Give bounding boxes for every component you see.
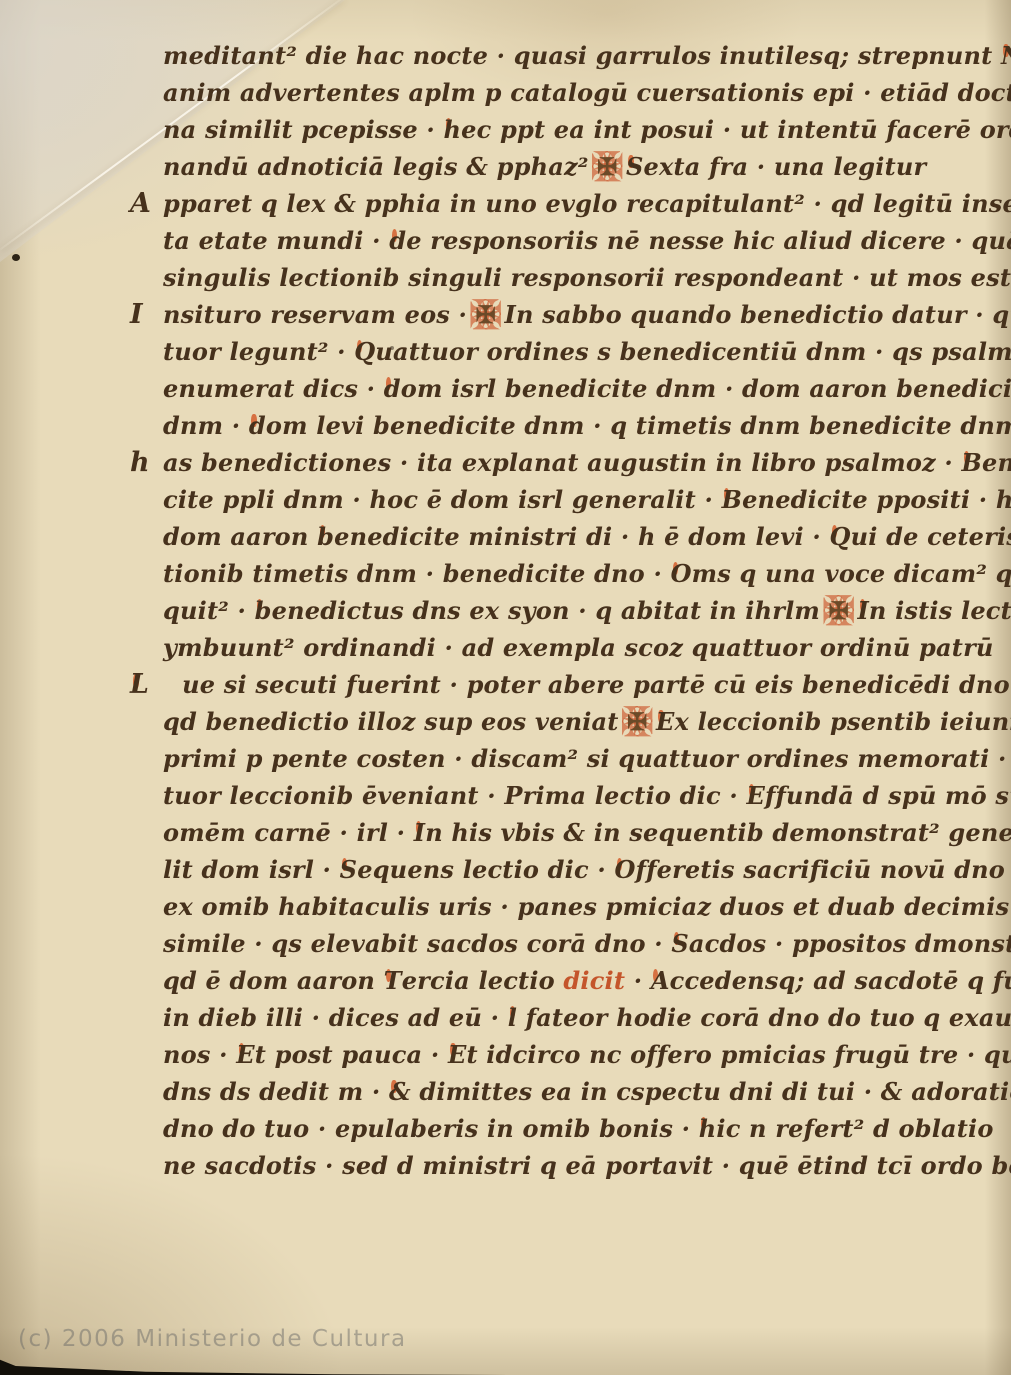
manuscript-line: nos · Et post pauca · Et idcirco nc offe… [163,1036,933,1073]
manuscript-line: Lue si secuti fuerint · poter abere part… [163,666,933,703]
text-segment: enedicite ppositi · hoc est [742,485,1011,514]
text-segment: acdos · ppositos dmonstrat · [689,929,1011,958]
text-segment: ms q una voce dicam² qd se [692,559,1011,588]
text-segment: ffundā d spū mō sup [765,781,1011,810]
text-segment: h [444,111,462,148]
text-segment: nos · [163,1040,236,1069]
text-segment: ex omib habitaculis uris · panes pmiciaz… [163,892,1009,921]
text-segment: singulis lectionib singuli responsorii r… [163,263,1011,292]
text-segment: anim advertentes aplm p catalogū cuersat… [163,78,1011,107]
maltese-cross-mark: ✠ [597,152,617,181]
manuscript-line: dns ds dedit m · & dimittes ea in cspect… [163,1073,933,1110]
text-segment: & [389,1073,411,1110]
text-segment: ercia lectio [402,966,564,995]
text-segment: dnm · [163,411,249,440]
text-segment: fateor hodie corā dno do tuo q exaudivit [517,1003,1011,1032]
text-segment: enedictus dns ex syon · q abitat in ihrl… [272,596,829,625]
text-segment: · [625,966,651,995]
manuscript-line: in dieb illi · dices ad eū · l fateor ho… [163,999,933,1036]
text-segment: t post pauca · [255,1040,448,1069]
text-segment: meditant² die hac nocte · quasi garrulos… [163,41,1001,70]
text-segment: ic n refert² d oblatio [716,1114,993,1143]
text-segment: N [1001,37,1011,74]
text-segment: d [389,222,406,259]
manuscript-line: has benedictiones · ita explanat augusti… [163,444,933,481]
margin-initial: I [130,296,143,333]
text-segment: Q [829,518,850,555]
text-segment: exta fra · una legitur [644,152,927,181]
text-segment [617,152,626,181]
maltese-cross-mark: ✠ [627,707,647,736]
text-segment: E [236,1036,255,1073]
text-segment: quit² · [163,596,255,625]
text-segment: primi p pente costen · discam² si quattu… [163,744,1011,773]
text-segment: nandū adnoticiā legis & pphaz² [163,152,597,181]
copyright-watermark: (c) 2006 Ministerio de Cultura [18,1326,407,1352]
text-segment: ue si secuti fuerint · poter abere partē… [182,670,1011,699]
manuscript-line: tuor legunt² · Quattuor ordines s benedi… [163,333,933,370]
manuscript-line: anim advertentes aplm p catalogū cuersat… [163,74,933,111]
text-segment: n his vbis & in sequentib demonstrat² ge… [425,818,1011,847]
manuscript-line: tuor leccionib ēveniant · Prima lectio d… [163,777,933,814]
text-segment: B [962,444,983,481]
text-segment: omēm carnē · irl · [163,818,414,847]
margin-initial: L [130,666,149,703]
text-segment: In sabbo quando benedictio datur · qua [496,300,1011,329]
manuscript-line: Insituro reservam eos · ✠ In sabbo quand… [163,296,933,333]
text-segment: equens lectio dic · [357,855,614,884]
text-segment: om isrl benedicite dnm · dom aaron bened… [401,374,1011,403]
text-segment: ne sacdotis · sed d ministri q eā portav… [163,1151,1011,1180]
margin-initial: A [130,185,151,222]
manuscript-line: cite ppli dnm · hoc ē dom isrl generalit… [163,481,933,518]
text-segment: t idcirco nc offero pmicias frugū tre · … [466,1040,1011,1069]
manuscript-line: ex omib habitaculis uris · panes pmiciaz… [163,888,933,925]
text-segment: dns ds dedit m · [163,1077,389,1106]
manuscript-line: ymbuunt² ordinandi · ad exempla scoz qua… [163,629,933,666]
manuscript-line: lit dom isrl · Sequens lectio dic · Offe… [163,851,933,888]
rubricated-word: dicit [563,966,625,995]
text-segment: qd ē dom aaron [163,966,384,995]
text-segment: Q [354,333,375,370]
text-segment: enedicite ministri di · h ē dom levi · [334,522,829,551]
text-segment: tuor legunt² · [163,337,354,366]
text-segment: pparet q lex & pphia in uno evglo recapi… [163,189,1011,218]
text-segment: dno do tuo · epulaberis in omib bonis · [163,1114,699,1143]
manuscript-line: tionib timetis dnm · benedicite dno · Om… [163,555,933,592]
margin-initial: h [130,444,150,481]
manuscript-line: primi p pente costen · discam² si quattu… [163,740,933,777]
text-segment: tionib timetis dnm · benedicite dno · [163,559,671,588]
text-segment: d [249,407,266,444]
text-segment: n istis lectionib [869,596,1011,625]
text-segment: ymbuunt² ordinandi · ad exempla scoz qua… [163,633,994,662]
text-segment: tuor leccionib ēveniant · Prima lectio d… [163,781,746,810]
text-segment: uattuor ordines s benedicentiū dnm · qs … [375,337,1011,366]
text-segment: A [651,962,670,999]
manuscript-line: dnm · dom levi benedicite dnm · q timeti… [163,407,933,444]
text-segment: ta etate mundi · [163,226,389,255]
manuscript-line: dno do tuo · epulaberis in omib bonis · … [163,1110,933,1147]
text-segment: fferetis sacrificiū novū dno [636,855,1005,884]
text-segment: S [340,851,358,888]
text-segment: I [414,814,425,851]
text-segment: b [317,518,334,555]
text-segment [647,707,656,736]
manuscript-line: enumerat dics · dom isrl benedicite dnm … [163,370,933,407]
text-segment: as benedictiones · ita explanat augustin… [163,448,962,477]
text-segment: h [699,1110,717,1147]
manuscript-line: quit² · benedictus dns ex syon · q abita… [163,592,933,629]
text-segment: d [384,370,401,407]
text-segment: nsituro reservam eos · [163,300,476,329]
page-bottom-edge-shadow [0,1357,520,1375]
text-segment: dimittes ea in cspectu dni di tui · & ad… [411,1077,1011,1106]
text-segment: O [671,555,692,592]
text-segment: in dieb illi · dices ad eū · [163,1003,508,1032]
text-segment: E [656,703,675,740]
ink-speck [12,254,20,261]
manuscript-page: meditant² die hac nocte · quasi garrulos… [0,0,1011,1375]
text-segment: B [722,481,743,518]
text-segment: ccedensq; ad sacdotē q fuerit [670,966,1011,995]
text-segment: enumerat dics · [163,374,384,403]
text-segment: ui de ceteris na [851,522,1011,551]
text-segment: cite ppli dnm · hoc ē dom isrl generalit… [163,485,722,514]
text-segment: S [626,148,644,185]
text-segment: E [746,777,765,814]
text-segment: enedi [982,448,1011,477]
text-segment: l [508,999,517,1036]
manuscript-line: na similit pcepisse · hec ppt ea int pos… [163,111,933,148]
manuscript-line: Apparet q lex & pphia in uno evglo recap… [163,185,933,222]
text-segment: ec ppt ea int posui · ut intentū facerē … [461,115,1011,144]
text-segment: S [671,925,689,962]
manuscript-line: singulis lectionib singuli responsorii r… [163,259,933,296]
text-segment: e responsoriis nē nesse hic aliud dicere… [406,226,1011,255]
text-block: meditant² die hac nocte · quasi garrulos… [163,37,933,1184]
manuscript-line: meditant² die hac nocte · quasi garrulos… [163,37,933,74]
manuscript-line: simile · qs elevabit sacdos corā dno · S… [163,925,933,962]
maltese-cross-mark: ✠ [829,596,849,625]
text-segment: om levi benedicite dnm · q timetis dnm b… [266,411,1011,440]
text-segment: lit dom isrl · [163,855,340,884]
manuscript-line: nandū adnoticiā legis & pphaz² ✠ Sexta f… [163,148,933,185]
text-segment: I [857,592,868,629]
text-segment: b [255,592,272,629]
text-segment: E [448,1036,467,1073]
text-segment: na similit pcepisse · [163,115,444,144]
text-segment: O [614,851,635,888]
manuscript-line: omēm carnē · irl · In his vbis & in sequ… [163,814,933,851]
text-segment: T [384,962,402,999]
manuscript-line: qd ē dom aaron Tercia lectio dicit · Acc… [163,962,933,999]
text-segment: x leccionib psentib ieiunii [675,707,1011,736]
text-segment: qd benedictio illoz sup eos veniat [163,707,627,736]
manuscript-line: dom aaron benedicite ministri di · h ē d… [163,518,933,555]
text-segment: simile · qs elevabit sacdos corā dno · [163,929,671,958]
maltese-cross-mark: ✠ [476,300,496,329]
manuscript-line: ta etate mundi · de responsoriis nē ness… [163,222,933,259]
manuscript-line: ne sacdotis · sed d ministri q eā portav… [163,1147,933,1184]
manuscript-line: qd benedictio illoz sup eos veniat ✠ Ex … [163,703,933,740]
text-segment: dom aaron [163,522,317,551]
